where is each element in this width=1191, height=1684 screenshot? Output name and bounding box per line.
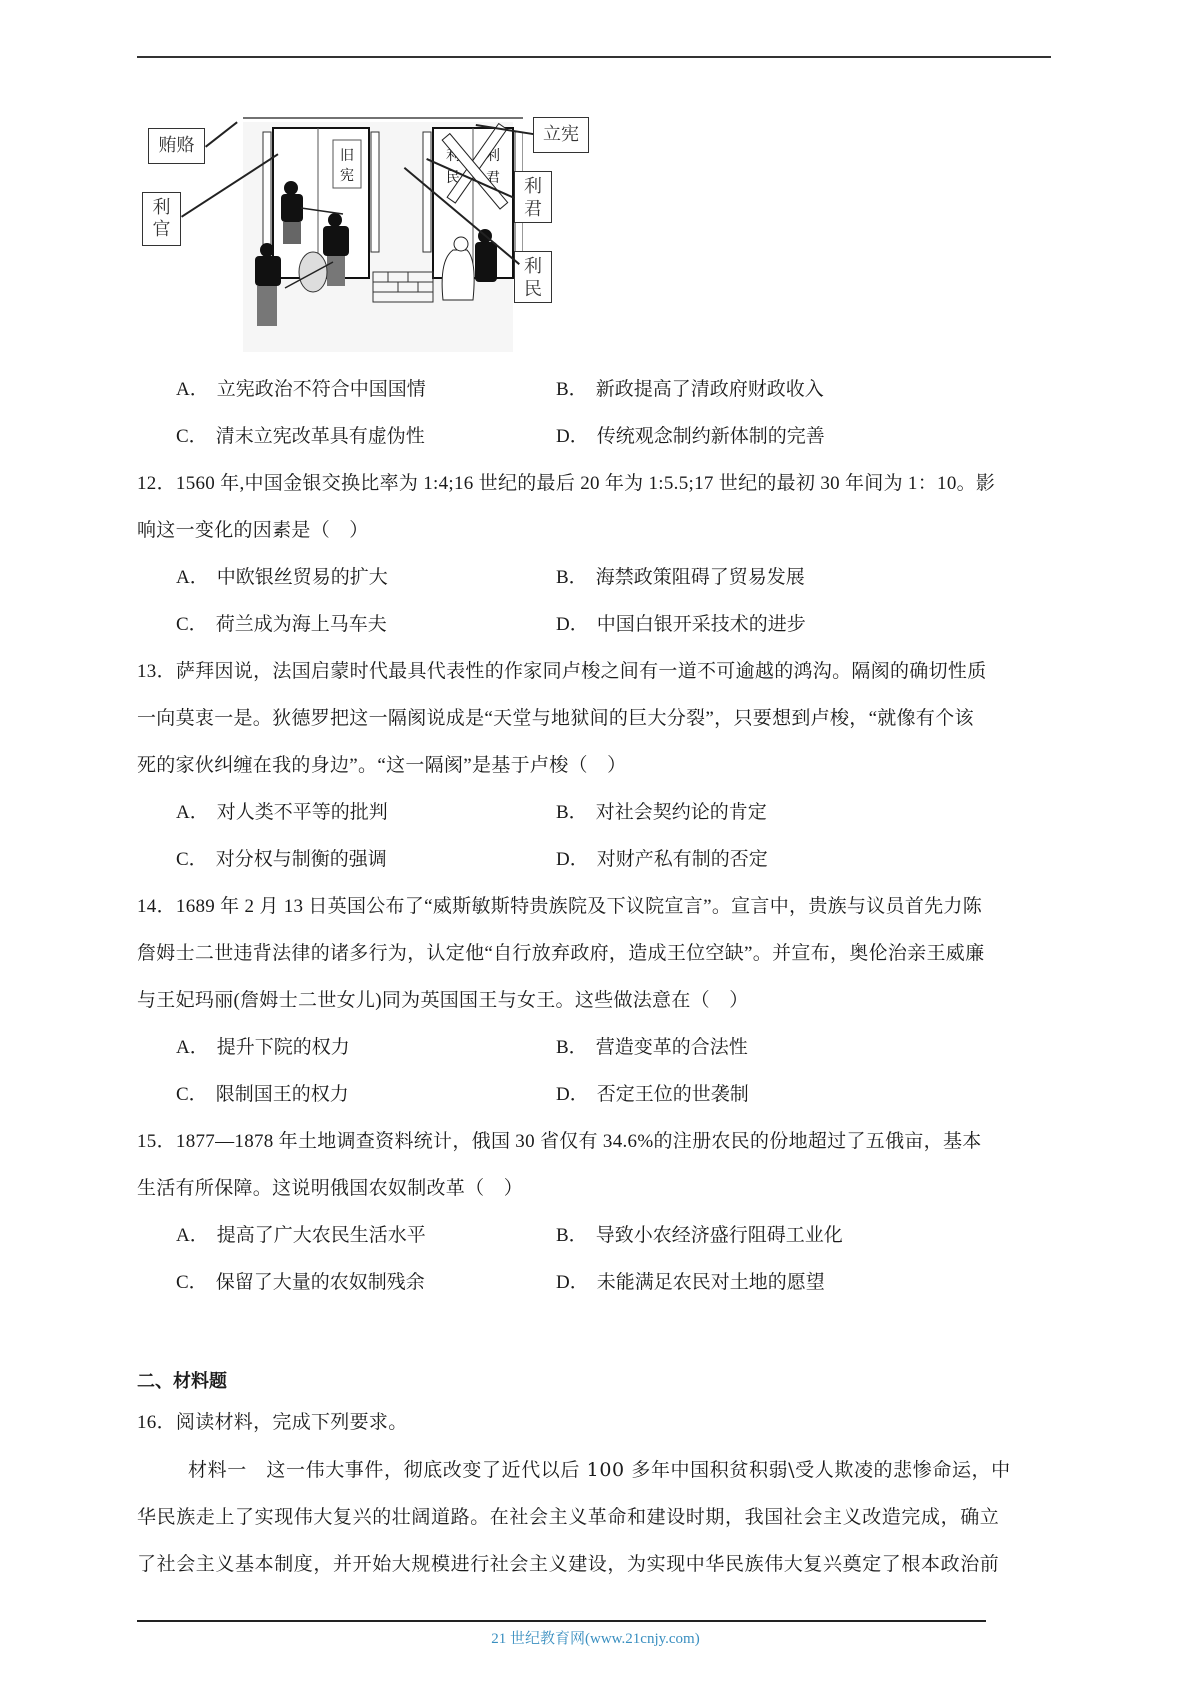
option-text: 中欧银丝贸易的扩大 (217, 567, 388, 588)
q12-stem-line-2: 响这一变化的因素是（ ） (137, 519, 369, 543)
option-key: C． (176, 1272, 208, 1293)
q13-option-c[interactable]: C．对分权与制衡的强调 (176, 848, 387, 872)
q15-stem-line-1: 15．1877—1878 年土地调查资料统计，俄国 30 省仅有 34.6%的注… (137, 1130, 982, 1154)
q14-stem-line-2: 詹姆士二世违背法律的诸多行为，认定他“自行放弃政府，造成王位空缺”。并宣布，奥伦… (137, 942, 984, 966)
label-benefit-officials: 利 官 (142, 192, 181, 246)
option-key: D． (556, 426, 589, 447)
svg-text:旧: 旧 (340, 148, 354, 164)
option-key: D． (556, 849, 589, 870)
header-rule (137, 56, 1051, 58)
label-bribery: 贿赂 (148, 128, 205, 164)
option-text: 对社会契约论的肯定 (596, 802, 767, 823)
option-text: 中国白银开采技术的进步 (597, 614, 806, 635)
q15-option-d[interactable]: D．未能满足农民对土地的愿望 (556, 1271, 825, 1295)
option-text: 未能满足农民对土地的愿望 (597, 1272, 825, 1293)
q14-option-a[interactable]: A．提升下院的权力 (176, 1036, 350, 1060)
option-key: A． (176, 1225, 209, 1246)
q14-stem-line-1: 14．1689 年 2 月 13 日英国公布了“威斯敏斯特贵族院及下议院宣言”。… (137, 895, 982, 919)
option-text: 限制国王的权力 (216, 1084, 349, 1105)
option-key: A． (176, 567, 209, 588)
option-key: A． (176, 802, 209, 823)
option-text: 海禁政策阻碍了贸易发展 (596, 567, 805, 588)
q15-option-c[interactable]: C．保留了大量的农奴制残余 (176, 1271, 425, 1295)
option-text: 对人类不平等的批判 (217, 802, 388, 823)
option-text: 荷兰成为海上马车夫 (216, 614, 387, 635)
option-text: 传统观念制约新体制的完善 (597, 426, 825, 447)
option-text: 提升下院的权力 (217, 1037, 350, 1058)
option-key: C． (176, 614, 208, 635)
q14-option-d[interactable]: D．否定王位的世袭制 (556, 1083, 749, 1107)
footer-rule (137, 1620, 986, 1622)
option-text: 保留了大量的农奴制残余 (216, 1272, 425, 1293)
option-key: B． (556, 1225, 588, 1246)
q12-option-a[interactable]: A．中欧银丝贸易的扩大 (176, 566, 388, 590)
option-text: 对分权与制衡的强调 (216, 849, 387, 870)
option-text: 对财产私有制的否定 (597, 849, 768, 870)
option-key: B． (556, 802, 588, 823)
q11-option-d[interactable]: D．传统观念制约新体制的完善 (556, 425, 825, 449)
option-key: A． (176, 379, 209, 400)
q12-option-b[interactable]: B．海禁政策阻碍了贸易发展 (556, 566, 805, 590)
option-key: D． (556, 1272, 589, 1293)
material-line-3: 了社会主义基本制度，并开始大规模进行社会主义建设，为实现中华民族伟大复兴奠定了根… (137, 1552, 999, 1576)
q14-option-b[interactable]: B．营造变革的合法性 (556, 1036, 748, 1060)
q12-option-c[interactable]: C．荷兰成为海上马车夫 (176, 613, 387, 637)
option-key: D． (556, 1084, 589, 1105)
option-text: 营造变革的合法性 (596, 1037, 748, 1058)
q11-option-c[interactable]: C．清末立宪改革具有虚伪性 (176, 425, 425, 449)
q11-option-a[interactable]: A．立宪政治不符合中国国情 (176, 378, 426, 402)
footer-source: 21 世纪教育网(www.21cnjy.com) (0, 1627, 1191, 1648)
option-text: 新政提高了清政府财政收入 (596, 379, 824, 400)
label-benefit-monarch: 利 君 (514, 171, 552, 223)
option-text: 否定王位的世袭制 (597, 1084, 749, 1105)
label-benefit-people: 利 民 (514, 251, 552, 303)
option-key: C． (176, 849, 208, 870)
option-key: B． (556, 1037, 588, 1058)
option-text: 清末立宪改革具有虚伪性 (216, 426, 425, 447)
option-key: C． (176, 426, 208, 447)
q13-option-a[interactable]: A．对人类不平等的批判 (176, 801, 388, 825)
option-key: B． (556, 379, 588, 400)
option-text: 立宪政治不符合中国国情 (217, 379, 426, 400)
option-key: D． (556, 614, 589, 635)
svg-text:宪: 宪 (340, 168, 354, 184)
option-key: A． (176, 1037, 209, 1058)
cartoon-illustration: 旧 宪 利 利 民 君 (223, 112, 523, 360)
q11-option-b[interactable]: B．新政提高了清政府财政收入 (556, 378, 824, 402)
q13-stem-line-3: 死的家伙纠缠在我的身边”。“这一隔阂”是基于卢梭（ ） (137, 754, 626, 778)
q14-stem-line-3: 与王妃玛丽(詹姆士二世女儿)同为英国国王与女王。这些做法意在（ ） (137, 989, 749, 1013)
q15-option-a[interactable]: A．提高了广大农民生活水平 (176, 1224, 426, 1248)
q15-option-b[interactable]: B．导致小农经济盛行阻碍工业化 (556, 1224, 843, 1248)
material-line-1: 材料一 这一伟大事件，彻底改变了近代以后 100 多年中国积贫积弱\受人欺凌的悲… (188, 1458, 1011, 1482)
q16-stem: 16．阅读材料，完成下列要求。 (137, 1411, 408, 1435)
label-constitution: 立宪 (533, 117, 589, 153)
q14-option-c[interactable]: C．限制国王的权力 (176, 1083, 349, 1107)
cartoon-figure: 旧 宪 利 利 民 君 (137, 112, 607, 360)
q13-stem-line-1: 13．萨拜因说，法国启蒙时代最具代表性的作家同卢梭之间有一道不可逾越的鸿沟。隔阂… (137, 660, 987, 684)
option-text: 提高了广大农民生活水平 (217, 1225, 426, 1246)
q13-option-b[interactable]: B．对社会契约论的肯定 (556, 801, 767, 825)
q13-stem-line-2: 一向莫衷一是。狄德罗把这一隔阂说成是“天堂与地狱间的巨大分裂”，只要想到卢梭，“… (137, 707, 974, 731)
option-key: C． (176, 1084, 208, 1105)
q12-stem-line-1: 12．1560 年,中国金银交换比率为 1:4;16 世纪的最后 20 年为 1… (137, 472, 995, 496)
q15-stem-line-2: 生活有所保障。这说明俄国农奴制改革（ ） (137, 1177, 523, 1201)
q12-option-d[interactable]: D．中国白银开采技术的进步 (556, 613, 806, 637)
option-text: 导致小农经济盛行阻碍工业化 (596, 1225, 843, 1246)
option-key: B． (556, 567, 588, 588)
section-heading: 二、材料题 (137, 1367, 227, 1393)
material-line-2: 华民族走上了实现伟大复兴的壮阔道路。在社会主义革命和建设时期，我国社会主义改造完… (137, 1505, 999, 1529)
q13-option-d[interactable]: D．对财产私有制的否定 (556, 848, 768, 872)
